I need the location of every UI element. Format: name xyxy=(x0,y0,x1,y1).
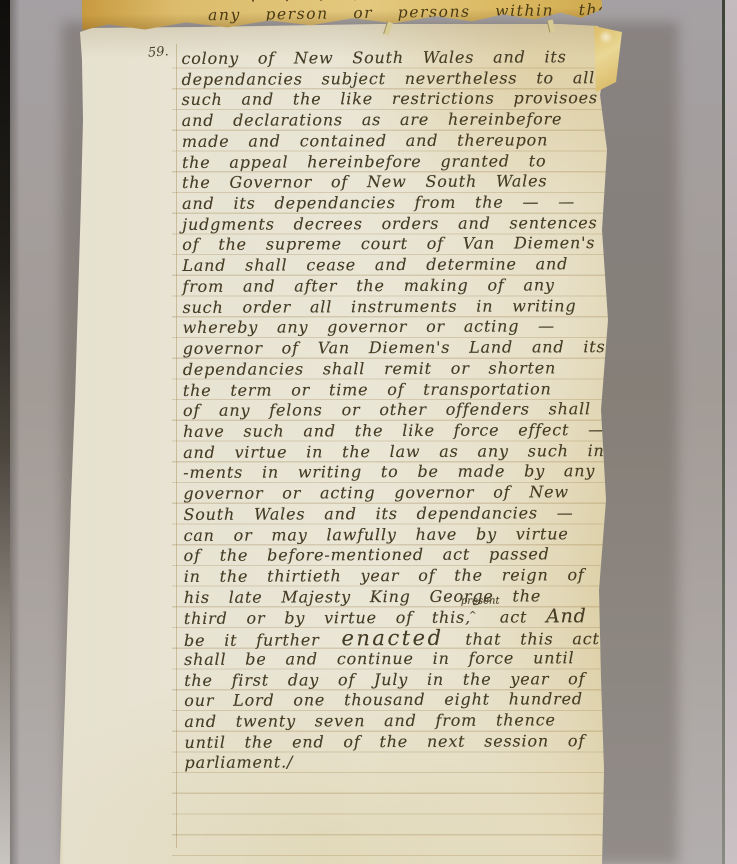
manuscript-line: parliament./ xyxy=(184,751,616,774)
manuscript-line: governor or acting governor of New xyxy=(183,482,615,505)
manuscript-line: in the thirtieth year of the reign of xyxy=(184,565,616,588)
manuscript-line: have such and the like force effect — xyxy=(183,420,615,443)
manuscript-line: the term or time of transportation xyxy=(183,379,615,402)
clause-number: 59. xyxy=(148,44,170,60)
manuscript-line: colony of New South Wales and its xyxy=(181,47,613,70)
line-text-large: And xyxy=(546,606,587,628)
line-text: act xyxy=(500,608,527,627)
manuscript-line: such and the like restrictions provisoes xyxy=(182,88,614,111)
manuscript-line: and its dependancies from the — — xyxy=(182,192,614,215)
manuscript-line: dependancies subject nevertheless to all xyxy=(182,68,614,91)
right-frame-strip xyxy=(725,0,737,864)
archival-photo: 59. colony of New South Wales and its de… xyxy=(0,0,737,864)
manuscript-line: governor of Van Diemen's Land and its xyxy=(183,337,615,360)
manuscript-line: dependancies shall remit or shorten xyxy=(183,358,615,381)
manuscript-line: and twenty seven and from thence xyxy=(184,710,616,733)
manuscript-line: the Governor of New South Wales xyxy=(182,171,614,194)
manuscript-text: colony of New South Wales and its depend… xyxy=(181,47,616,774)
manuscript-line-enacted: be it further enacted that this act xyxy=(184,627,616,650)
enacted-word: enacted xyxy=(338,626,446,650)
manuscript-line: can or may lawfully have by virtue xyxy=(183,524,615,547)
manuscript-line: of the before-mentioned act passed xyxy=(184,544,616,567)
caret-mark: ^ xyxy=(469,605,477,626)
manuscript-line: until the end of the next session of xyxy=(184,731,616,754)
manuscript-line: and virtue in the law as any such instru… xyxy=(183,441,615,464)
line-text: be it further xyxy=(184,630,320,650)
manuscript-line: -ments in writing to be made by any xyxy=(183,461,615,484)
interlinear-insertion: present xyxy=(461,591,500,612)
manuscript-line: shall be and continue in force until xyxy=(184,648,616,671)
manuscript-line: of any felons or other offenders shall xyxy=(183,399,615,422)
line-text: that this act xyxy=(465,629,599,649)
manuscript-line: and declarations as are hereinbefore xyxy=(182,109,614,132)
manuscript-line: South Wales and its dependancies — xyxy=(183,503,615,526)
manuscript-line: Land shall cease and determine and xyxy=(182,254,614,277)
manuscript-line: of the supreme court of Van Diemen's xyxy=(182,234,614,257)
manuscript-line: such order all instruments in writing xyxy=(183,296,615,319)
manuscript-line: our Lord one thousand eight hundred xyxy=(184,689,616,712)
left-frame-shadow xyxy=(10,0,20,864)
fragment-cut-line-remnants xyxy=(252,0,502,2)
interlinear-insertion-anchor: present^ xyxy=(471,622,481,623)
manuscript-line: judgments decrees orders and sentences xyxy=(182,213,614,236)
manuscript-line: made and contained and thereupon xyxy=(182,130,614,153)
parchment-page: 59. colony of New South Wales and its de… xyxy=(55,16,675,864)
manuscript-line: whereby any governor or acting — xyxy=(183,316,615,339)
manuscript-line: the first day of July in the year of xyxy=(184,669,616,692)
manuscript-line: the appeal hereinbefore granted to xyxy=(182,151,614,174)
left-frame-edge xyxy=(0,0,10,864)
manuscript-line: from and after the making of any xyxy=(182,275,614,298)
margin-rule-line xyxy=(176,44,177,848)
